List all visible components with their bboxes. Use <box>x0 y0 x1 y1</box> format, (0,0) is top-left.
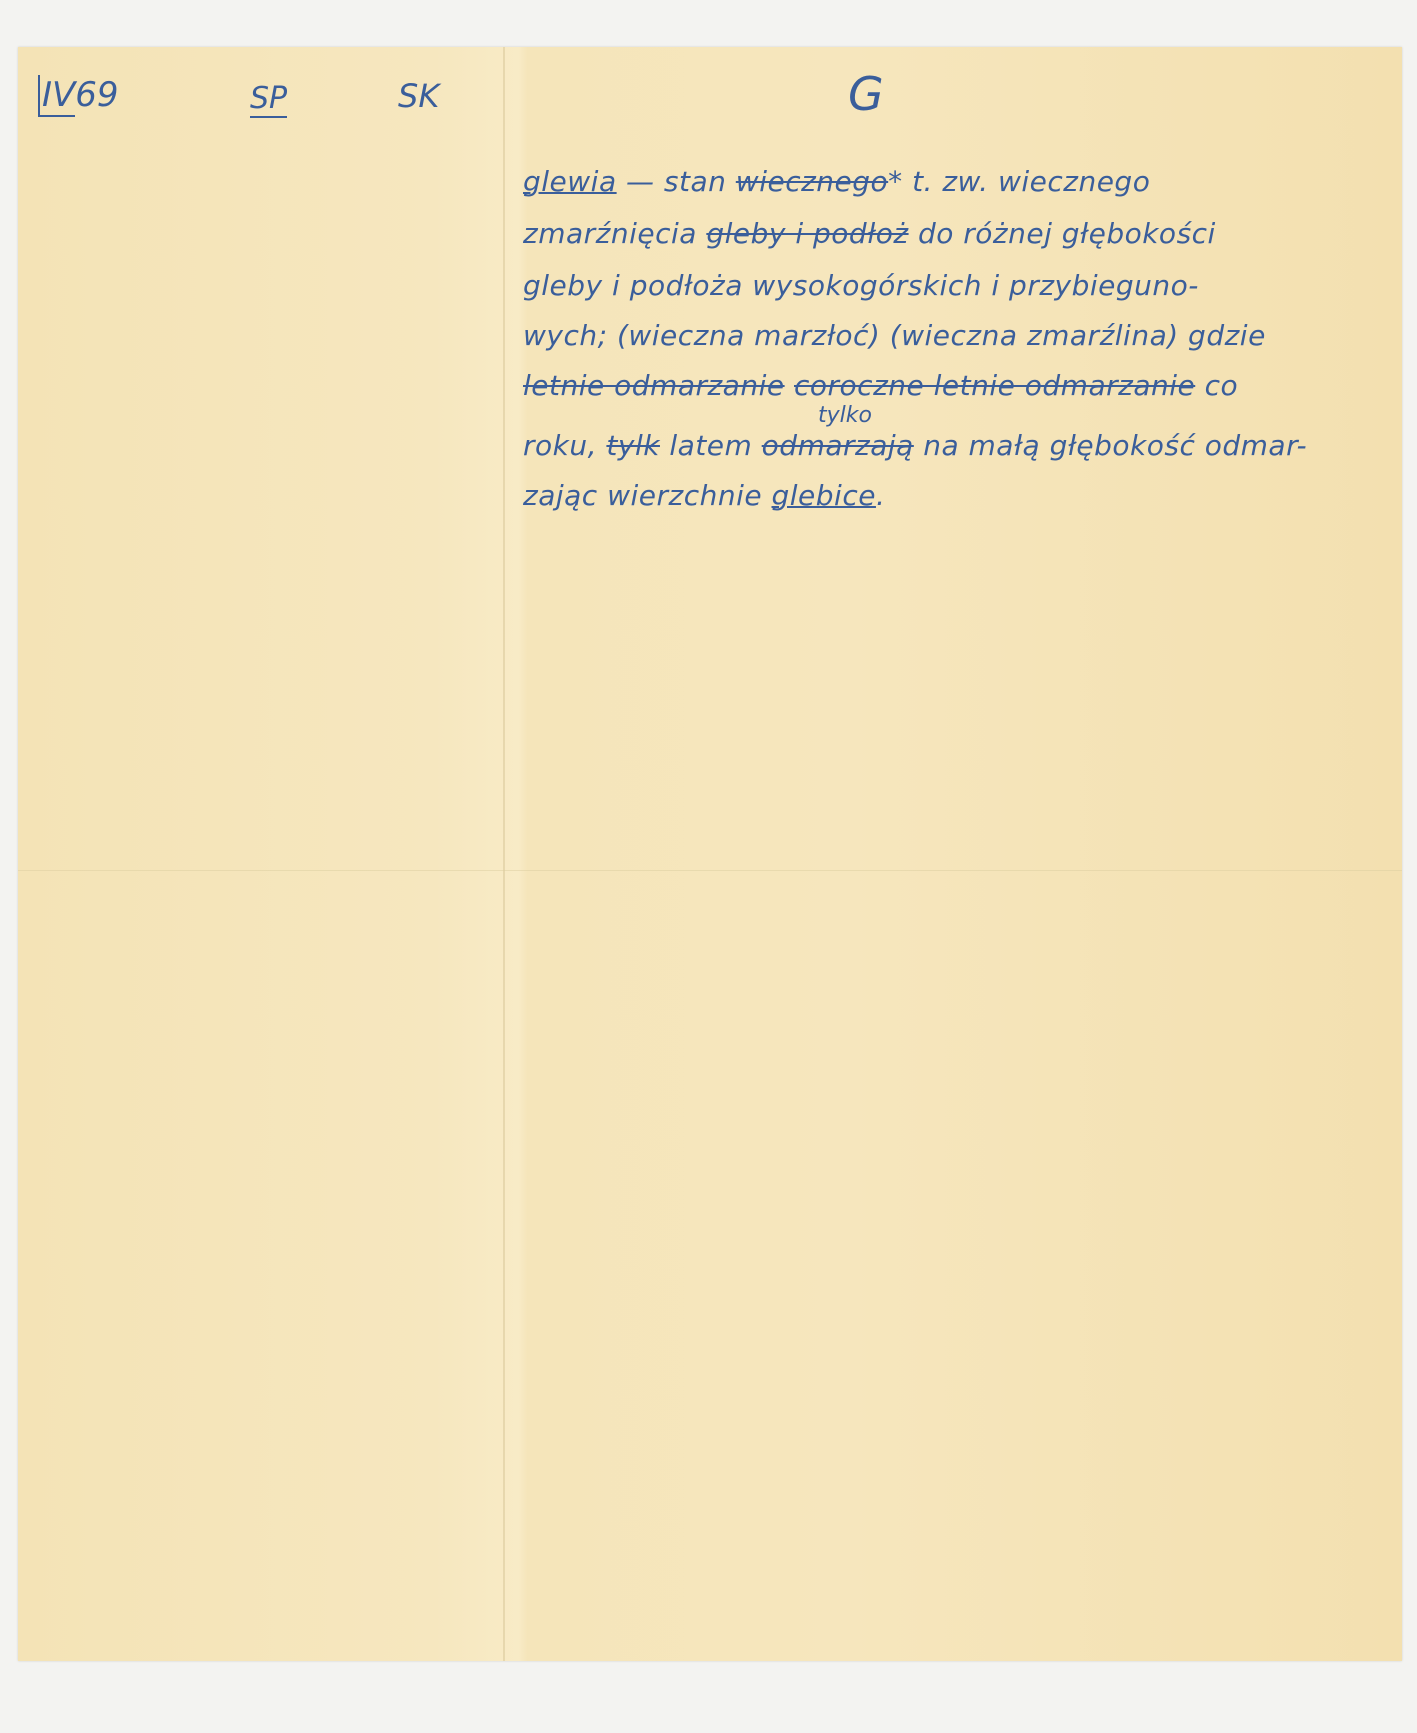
entry-text: zając wierzchnie <box>523 479 772 512</box>
struck-text: tylk <box>606 429 660 462</box>
entry-text: . <box>876 479 885 512</box>
entry-line-2: zmarźnięcia gleby i podłoż do różnej głę… <box>523 217 1216 250</box>
entry-line-6: roku, tylk latem odmarzają na małą głębo… <box>523 429 1307 462</box>
entry-text: wych; (wieczna marzłoć) (wieczna zmarźli… <box>523 319 1266 352</box>
mark-sp: SP <box>250 81 287 118</box>
entry-text: na małą głębokość odmar- <box>914 429 1307 462</box>
catalog-code: IV69 <box>38 75 119 115</box>
struck-text: odmarzają <box>762 429 914 462</box>
entry-line-7: zając wierzchnie glebice. <box>523 479 885 512</box>
entry-text: co <box>1195 369 1238 402</box>
entry-text <box>785 369 794 402</box>
entry-line-5: letnie odmarzanie coroczne letnie odmarz… <box>523 369 1238 402</box>
catalog-code-roman: IV <box>38 75 75 117</box>
entry-text: do różnej głębokości <box>909 217 1216 250</box>
catalog-code-number: 69 <box>75 75 118 115</box>
underlined-term: glebice <box>772 479 876 512</box>
struck-text: letnie odmarzanie <box>523 369 785 402</box>
mark-sk: SK <box>398 77 439 115</box>
headword: glewia <box>523 165 617 198</box>
struck-text: coroczne letnie odmarzanie <box>794 369 1195 402</box>
index-letter: G <box>848 67 884 121</box>
inserted-word: tylko <box>818 403 872 428</box>
entry-line-4: wych; (wieczna marzłoć) (wieczna zmarźli… <box>523 319 1266 352</box>
entry-text: latem <box>660 429 762 462</box>
entry-text: — stan <box>617 165 736 198</box>
entry-text: roku, <box>523 429 606 462</box>
struck-text: wiecznego <box>736 165 888 198</box>
struck-text: gleby i podłoż <box>706 217 908 250</box>
horizontal-fold-line <box>18 870 1402 871</box>
entry-text: gleby i podłoża wysokogórskich i przybie… <box>523 269 1199 302</box>
entry-line-1: glewia — stan wiecznego* t. zw. wieczneg… <box>523 165 1150 198</box>
vertical-fold-line <box>503 47 505 1661</box>
paper-sheet: IV69 SP SK G glewia — stan wiecznego* t.… <box>18 47 1402 1661</box>
entry-text: zmarźnięcia <box>523 217 706 250</box>
entry-text: * t. zw. wiecznego <box>888 165 1150 198</box>
entry-line-3: gleby i podłoża wysokogórskich i przybie… <box>523 269 1199 302</box>
